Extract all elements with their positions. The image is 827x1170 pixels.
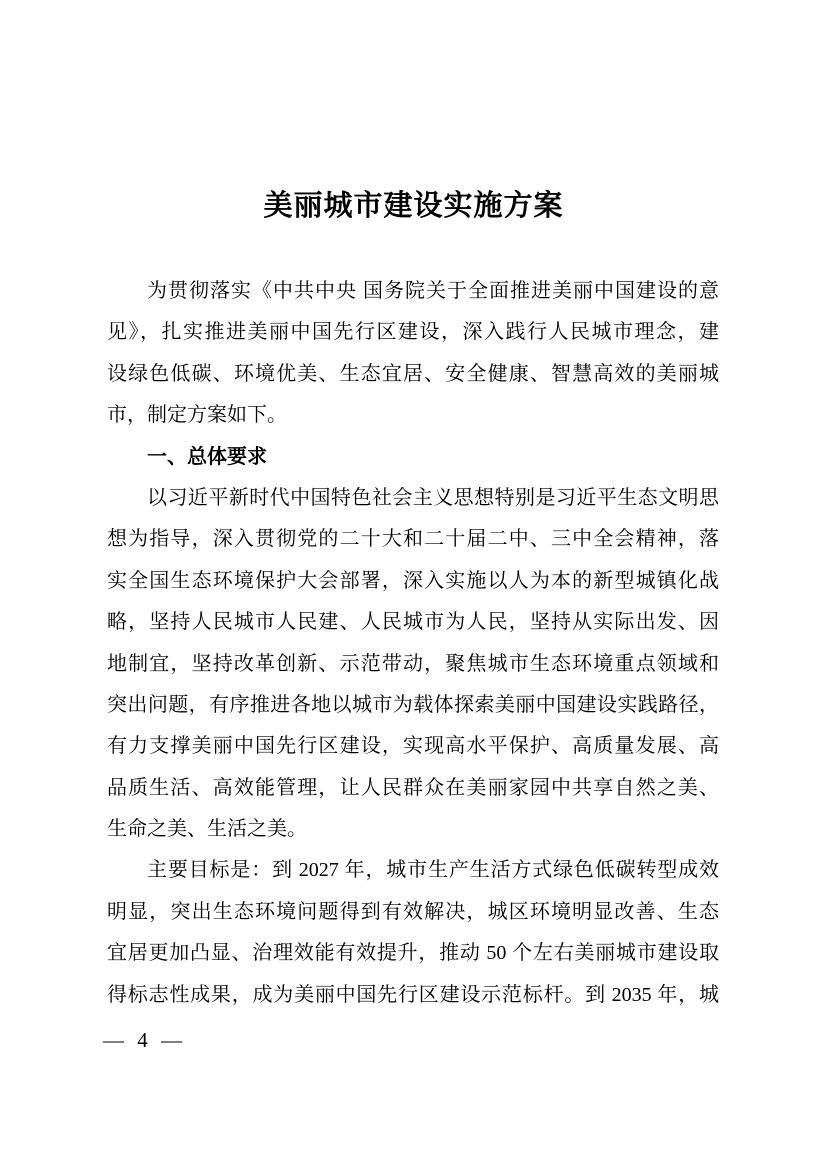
text-line: 设绿色低碳、环境优美、生态宜居、安全健康、智慧高效的美丽城 <box>107 354 719 395</box>
text-line: 略，坚持人民城市人民建、人民城市为人民，坚持从实际出发、因 <box>107 602 719 643</box>
text-line: 市，制定方案如下。 <box>107 395 719 436</box>
section-heading: 一、总体要求 <box>107 437 719 478</box>
text-line: 为贯彻落实《中共中央 国务院关于全面推进美丽中国建设的意 <box>107 271 719 312</box>
text-line: 地制宜，坚持改革创新、示范带动，聚焦城市生态环境重点领域和 <box>107 644 719 685</box>
text-line: 明显，突出生态环境问题得到有效解决，城区环境明显改善、生态 <box>107 892 719 933</box>
paragraph: 主要目标是：到 2027 年，城市生产生活方式绿色低碳转型成效明显，突出生态环境… <box>107 850 719 1016</box>
text-line: 生命之美、生活之美。 <box>107 809 719 850</box>
page-number: — 4 — <box>103 1030 183 1051</box>
document-title: 美丽城市建设实施方案 <box>0 183 827 224</box>
text-line: 得标志性成果，成为美丽中国先行区建设示范标杆。到 2035 年，城 <box>107 975 719 1016</box>
text-line: 实全国生态环境保护大会部署，深入实施以人为本的新型城镇化战 <box>107 561 719 602</box>
text-line: 一、总体要求 <box>107 437 719 478</box>
text-line: 宜居更加凸显、治理效能有效提升，推动 50 个左右美丽城市建设取 <box>107 933 719 974</box>
paragraph: 以习近平新时代中国特色社会主义思想特别是习近平生态文明思想为指导，深入贯彻党的二… <box>107 478 719 851</box>
text-line: 以习近平新时代中国特色社会主义思想特别是习近平生态文明思 <box>107 478 719 519</box>
document-body: 为贯彻落实《中共中央 国务院关于全面推进美丽中国建设的意见》，扎实推进美丽中国先… <box>107 271 719 1016</box>
text-line: 想为指导，深入贯彻党的二十大和二十届二中、三中全会精神，落 <box>107 519 719 560</box>
paragraph: 为贯彻落实《中共中央 国务院关于全面推进美丽中国建设的意见》，扎实推进美丽中国先… <box>107 271 719 437</box>
text-line: 突出问题，有序推进各地以城市为载体探索美丽中国建设实践路径， <box>107 685 719 726</box>
text-line: 见》，扎实推进美丽中国先行区建设，深入践行人民城市理念，建 <box>107 312 719 353</box>
text-line: 主要目标是：到 2027 年，城市生产生活方式绿色低碳转型成效 <box>107 850 719 891</box>
text-line: 品质生活、高效能管理，让人民群众在美丽家园中共享自然之美、 <box>107 768 719 809</box>
text-line: 有力支撑美丽中国先行区建设，实现高水平保护、高质量发展、高 <box>107 726 719 767</box>
document-page: 美丽城市建设实施方案 为贯彻落实《中共中央 国务院关于全面推进美丽中国建设的意见… <box>0 0 827 1170</box>
